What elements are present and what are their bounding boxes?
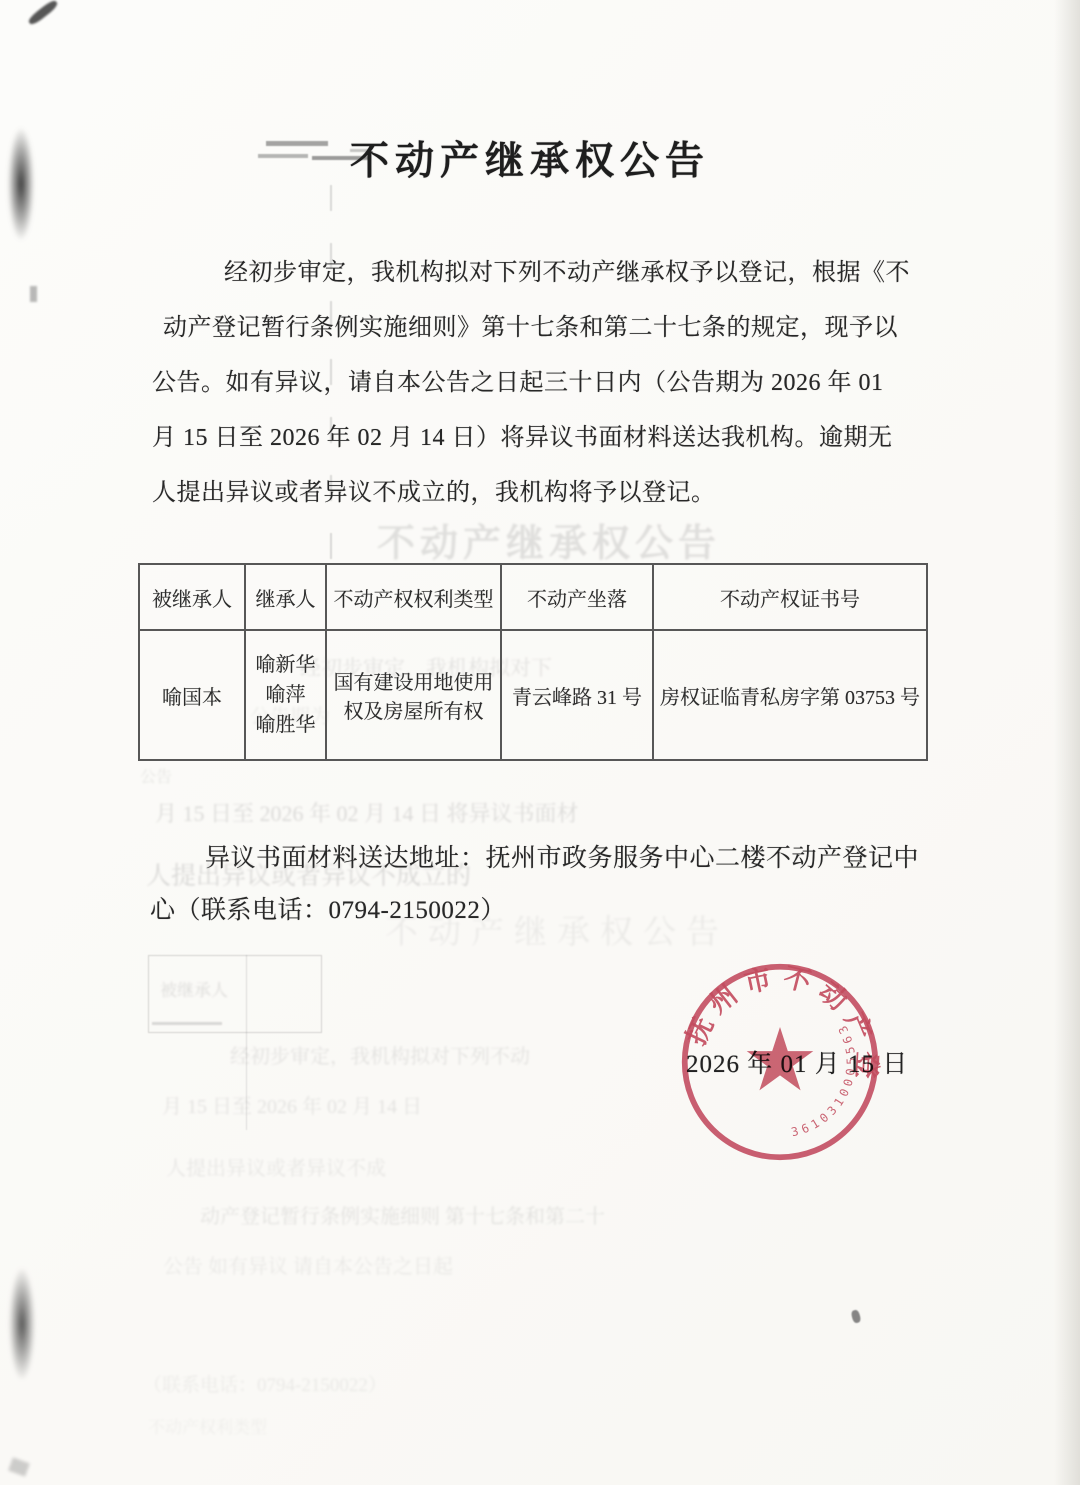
ghost-bleed-title-2: 不动产继承权公告 (385, 906, 729, 953)
ink-smudge-left-edge-lower (9, 1268, 35, 1380)
body-line-3: 公告。如有异议，请自本公告之日起三十日内（公告期为 2026 年 01 (152, 362, 884, 397)
ink-mark-left (30, 286, 37, 302)
col-header-right-type: 不动产权权利类型 (326, 564, 501, 630)
seal-code-text: 3610310005563 (790, 1019, 859, 1139)
col-header-location: 不动产坐落 (501, 564, 653, 630)
ghost-bleed-line: 月 15 日至 2026 年 02 月 14 日 将异议书面材 (155, 797, 579, 828)
table-row: 喻国本 喻新华 喻萍 喻胜华 国有建设用地使用权及房屋所有权 青云峰路 31 号… (139, 630, 927, 760)
ink-smudge-top-left (27, 0, 59, 27)
ghost-bleed-line: 人提出异议或者异议不成立的 (146, 856, 471, 892)
body-line-1: 经初步审定，我机构拟对下列不动产继承权予以登记，根据《不 (224, 252, 910, 287)
col-header-decedent: 被继承人 (139, 564, 245, 630)
official-seal: 抚州市不动产登记中心 3610310005563 (677, 959, 883, 1165)
ghost-bleed-line: 动产登记暂行条例实施细则 第十七条和第二十 (200, 1200, 605, 1229)
col-header-heir: 继承人 (245, 564, 326, 630)
seal-star-icon (747, 1027, 814, 1090)
body-line-2: 动产登记暂行条例实施细则》第十七条和第二十七条的规定，现予以 (163, 307, 898, 342)
ghost-bleed-line: 被继承人 (160, 976, 228, 1001)
ghost-bleed-line: 不动产权利类型 (148, 1413, 267, 1438)
body-line-5: 人提出异议或者异议不成立的，我机构将予以登记。 (152, 472, 716, 507)
body-line-4: 月 15 日至 2026 年 02 月 14 日）将异议书面材料送达我机构。逾期… (152, 417, 893, 452)
cell-heirs: 喻新华 喻萍 喻胜华 (245, 630, 326, 760)
ghost-bleed-line: 月 15 日至 2026 年 02 月 14 日 (162, 1090, 422, 1119)
col-header-certificate: 不动产权证书号 (653, 564, 927, 630)
ghost-bleed-line: 公告期为 (250, 700, 330, 729)
cell-decedent: 喻国本 (139, 630, 245, 760)
table-header-row: 被继承人 继承人 不动产权权利类型 不动产坐落 不动产权证书号 (139, 564, 927, 630)
ghost-bleed-title: 不动产继承权公告 (377, 512, 721, 567)
ghost-bleed-line: （联系电话：0794-2150022） (143, 1370, 387, 1397)
ghost-bleed-line: 人提出异议或者异议不成 (166, 1152, 386, 1181)
ghost-bleed-line: 公告 如有异议 请自本公告之日起 (163, 1250, 453, 1279)
ink-mark-bottom-left (8, 1457, 30, 1476)
scanned-announcement-page: 不动产继承权公告 经初步审定，我机构拟对下 公告期为 公告 月 15 日至 20… (0, 0, 1080, 1485)
ink-mark-mid-right (850, 1309, 861, 1324)
page-edge-shadow (1054, 0, 1080, 1485)
ghost-bleed-line: 经初步审定，我机构拟对下 (300, 652, 552, 682)
cell-right-type: 国有建设用地使用权及房屋所有权 (326, 630, 501, 760)
cell-certificate-no: 房权证临青私房字第 03753 号 (653, 630, 927, 760)
ghost-bleed-line: 经初步审定，我机构拟对下列不动 (230, 1040, 530, 1069)
ghost-bleed-line: 公告 (140, 764, 172, 787)
cell-location: 青云峰路 31 号 (501, 630, 653, 760)
page-title: 不动产继承权公告 (0, 130, 1060, 186)
